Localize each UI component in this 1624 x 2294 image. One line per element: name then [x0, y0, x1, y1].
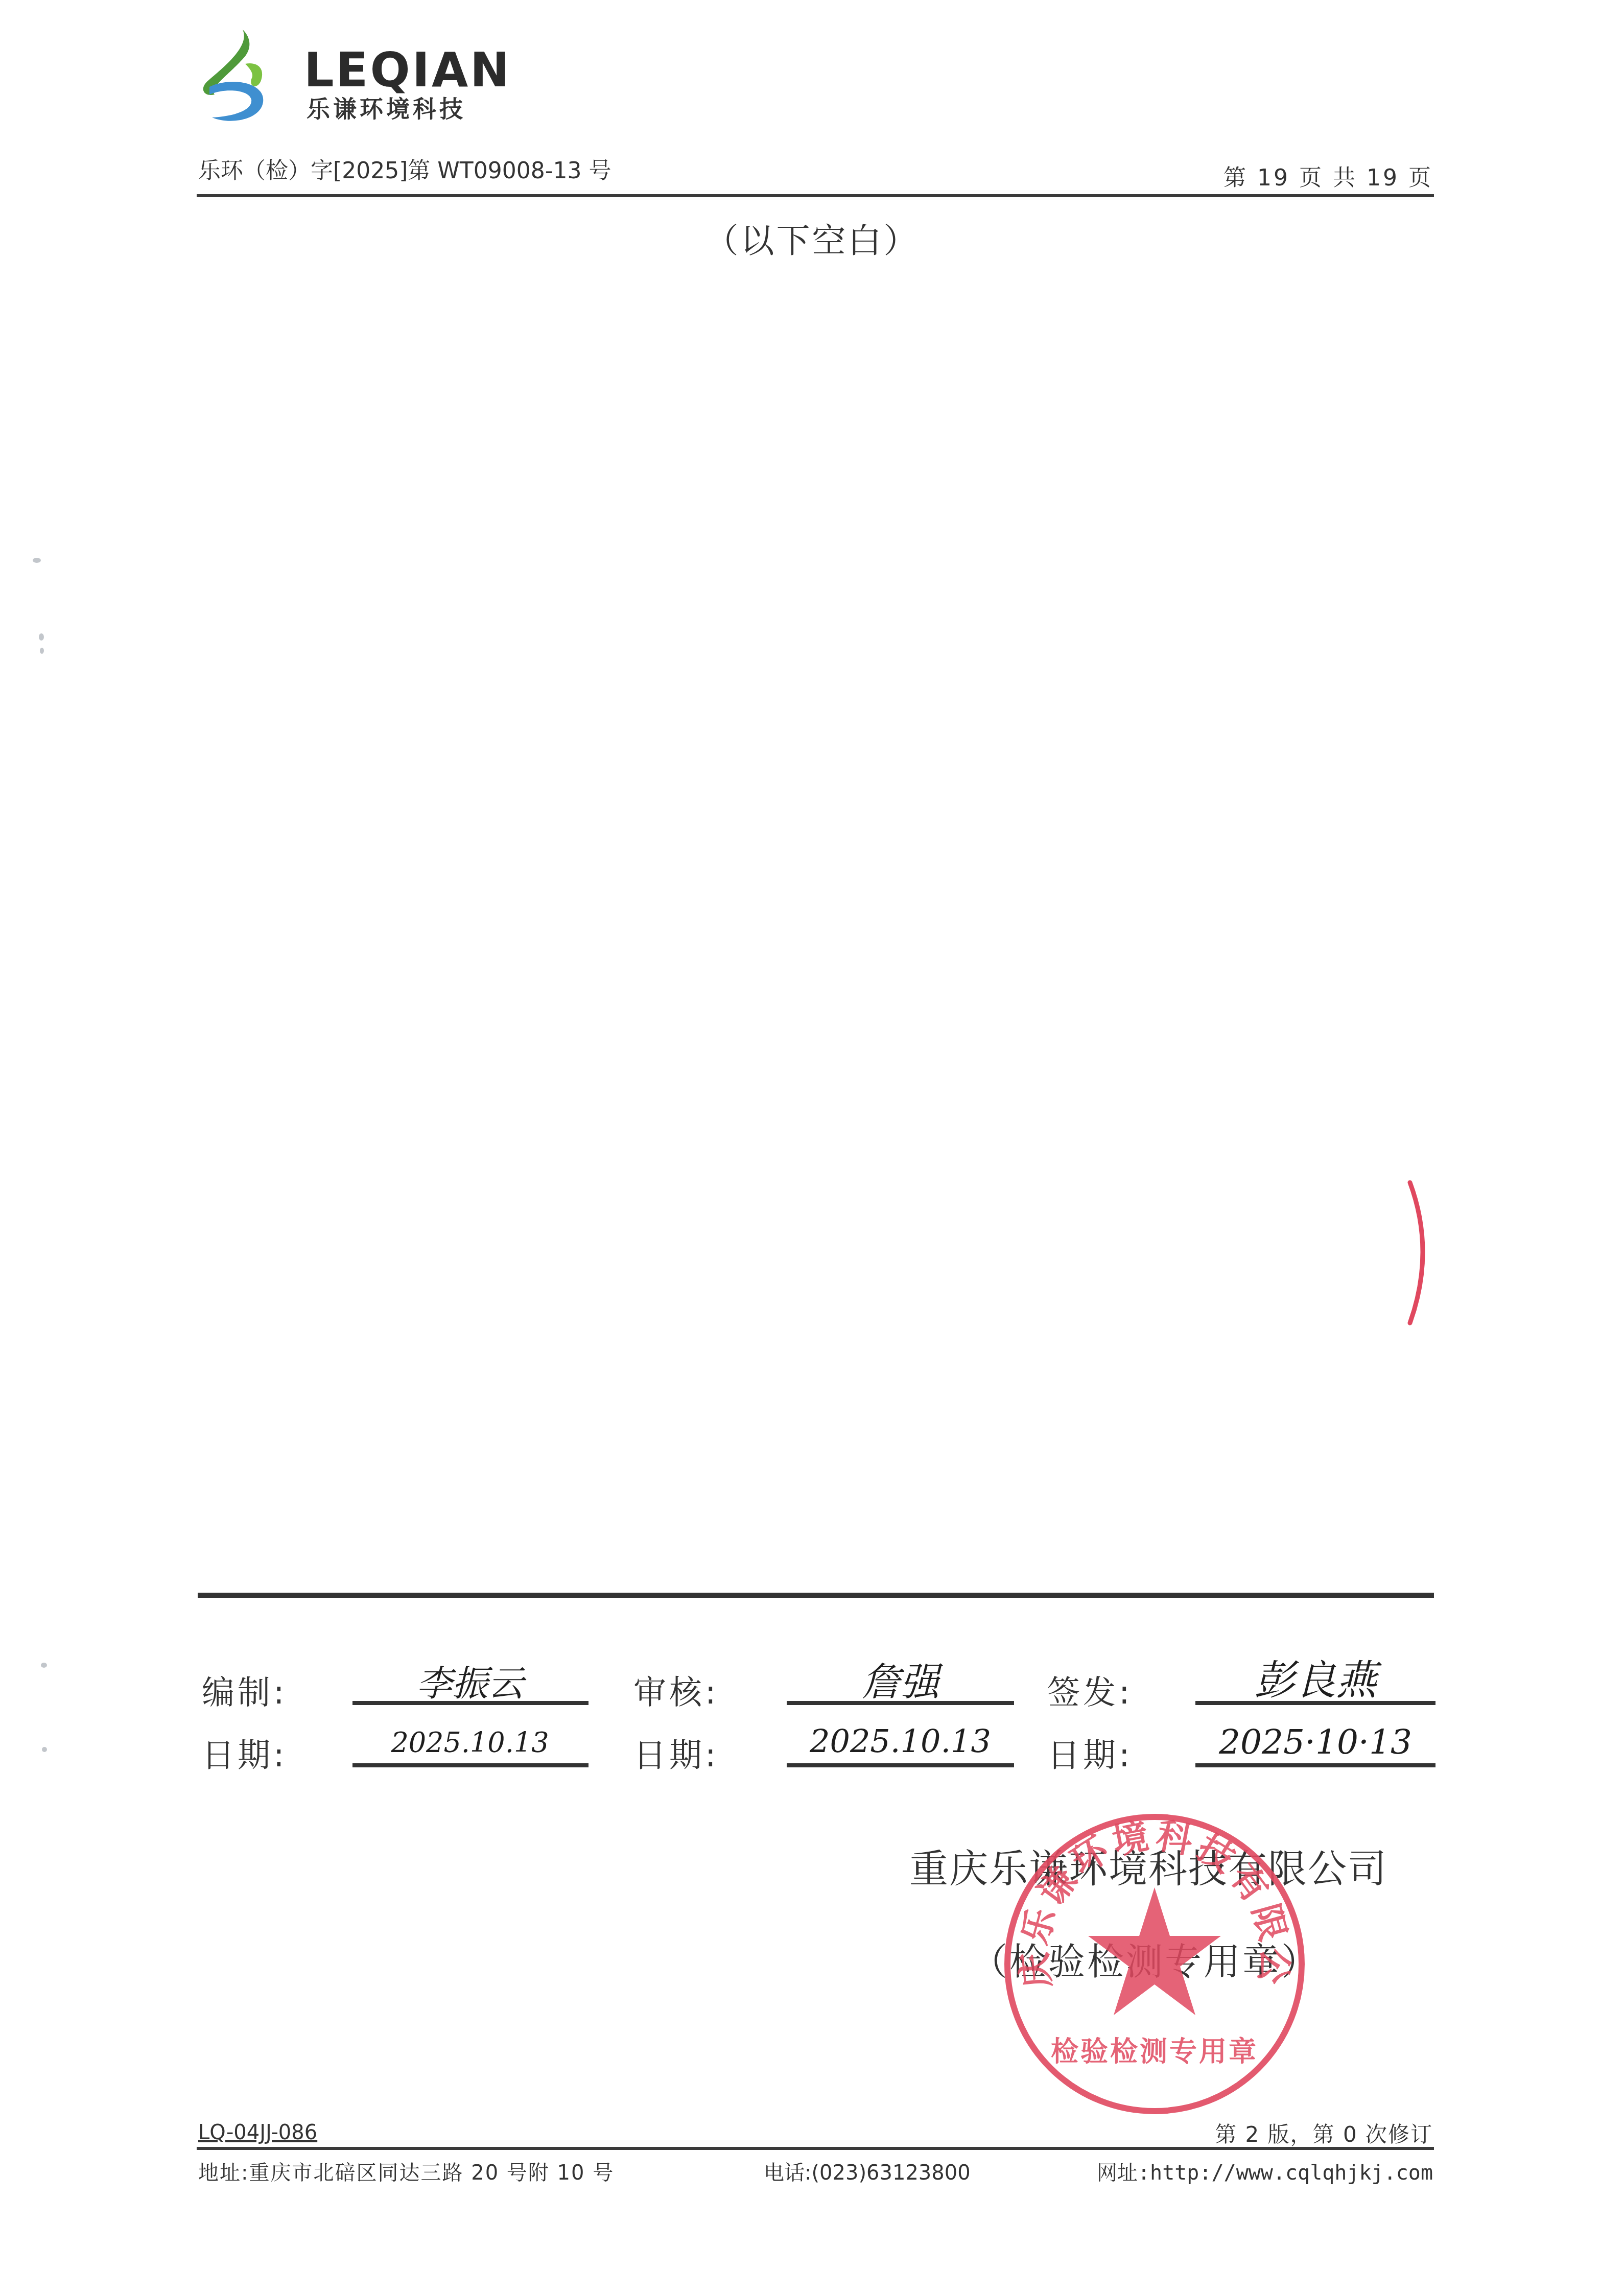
- reviewed-signature-line: [787, 1701, 1014, 1705]
- footer-divider: [197, 2147, 1434, 2150]
- report-number: 乐环（检）字[2025]第 WT09008-13 号: [198, 152, 611, 185]
- compiled-signature: 李振云: [352, 1655, 587, 1707]
- header-divider: [197, 194, 1434, 197]
- scan-speck: [39, 633, 44, 641]
- reviewed-date: 2025.10.13: [787, 1722, 1014, 1760]
- reviewed-date-label: 日期:: [633, 1729, 719, 1776]
- company-name: 重庆乐谦环境科技有限公司: [909, 1838, 1387, 1894]
- revision-info: 第 2 版，第 0 次修订: [1215, 2118, 1433, 2148]
- issued-date: 2025·10·13: [1195, 1722, 1435, 1762]
- reviewed-date-line: [787, 1763, 1014, 1767]
- issued-signature: 彭良燕: [1195, 1647, 1435, 1706]
- scan-speck: [42, 1747, 47, 1752]
- issued-date-line: [1195, 1763, 1435, 1767]
- form-code: LQ-04JJ-086: [198, 2121, 317, 2144]
- scan-speck: [33, 558, 41, 563]
- signature-section-divider: [198, 1593, 1434, 1598]
- issued-date-label: 日期:: [1047, 1729, 1133, 1776]
- company-logo: LEQIAN 乐谦环境科技: [194, 26, 501, 128]
- compiled-label: 编制:: [202, 1666, 288, 1713]
- seal-note: （检验检测专用章）: [971, 1932, 1320, 1985]
- issued-label: 签发:: [1047, 1666, 1133, 1713]
- compiled-signature-line: [352, 1701, 589, 1705]
- logo-subtitle: 乐谦环境科技: [307, 97, 466, 121]
- company-website[interactable]: 网址:http://www.cqlqhjkj.com: [1097, 2157, 1433, 2186]
- scan-speck: [40, 648, 44, 654]
- page-indicator: 第 19 页 共 19 页: [1223, 159, 1433, 192]
- compiled-date-line: [352, 1763, 589, 1767]
- reviewed-signature: 詹强: [787, 1651, 1014, 1707]
- reviewed-label: 审核:: [633, 1666, 719, 1713]
- leqian-logo-swirl-icon: [194, 26, 301, 128]
- cross-page-seal-arc: [1400, 1175, 1441, 1328]
- compiled-date-label: 日期:: [202, 1729, 288, 1776]
- company-address: 地址:重庆市北碚区同达三路 20 号附 10 号: [198, 2157, 614, 2186]
- stamp-inner-text: 检验检测专用章: [1051, 2036, 1258, 2068]
- logo-wordmark: LEQIAN: [304, 47, 511, 94]
- issued-signature-line: [1195, 1701, 1435, 1705]
- scan-speck: [41, 1663, 47, 1668]
- compiled-date: 2025.10.13: [352, 1727, 587, 1759]
- blank-note: （以下空白）: [0, 214, 1624, 262]
- company-phone: 电话:(023)63123800: [764, 2157, 971, 2186]
